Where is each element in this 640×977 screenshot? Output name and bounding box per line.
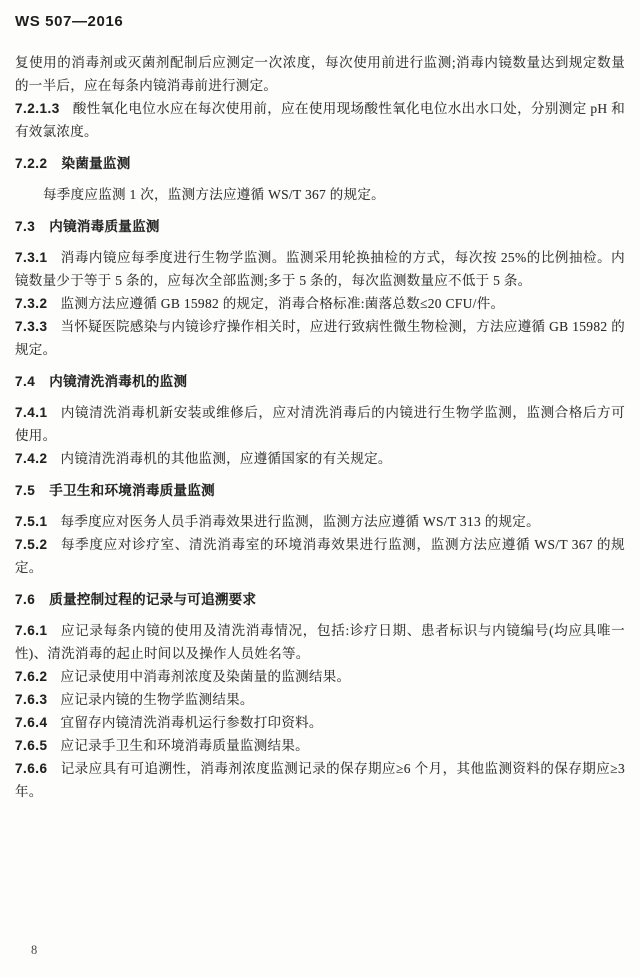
paragraph-text: 酸性氧化电位水应在每次使用前，应在使用现场酸性氧化电位水出水口处，分别测定 pH…	[15, 101, 625, 139]
standard-number-header: WS 507—2016	[15, 13, 625, 30]
paragraph: 7.4.1内镜清洗消毒机新安装或维修后，应对清洗消毒后的内镜进行生物学监测，监测…	[15, 401, 625, 447]
paragraph: 7.3.1消毒内镜应每季度进行生物学监测。监测采用轮换抽检的方式，每次按 25%…	[15, 246, 625, 292]
paragraph: 7.6.4宜留存内镜清洗消毒机运行参数打印资料。	[15, 711, 625, 734]
clause-number: 7.3.2	[15, 296, 48, 311]
page-number: 8	[31, 943, 37, 958]
paragraph-text: 消毒内镜应每季度进行生物学监测。监测采用轮换抽检的方式，每次按 25%的比例抽检…	[15, 250, 625, 288]
paragraph: 7.3.3当怀疑医院感染与内镜诊疗操作相关时，应进行致病性微生物检测，方法应遵循…	[15, 315, 625, 361]
paragraph-text: 当怀疑医院感染与内镜诊疗操作相关时，应进行致病性微生物检测，方法应遵循 GB 1…	[15, 319, 625, 357]
clause-number: 7.5	[15, 483, 35, 498]
section-heading: 7.4内镜清洗消毒机的监测	[15, 370, 625, 393]
section-heading: 7.2.2染菌量监测	[15, 152, 625, 175]
clause-number: 7.6.3	[15, 692, 48, 707]
paragraph: 7.5.2每季度应对诊疗室、清洗消毒室的环境消毒效果进行监测，监测方法应遵循 W…	[15, 533, 625, 579]
clause-number: 7.3	[15, 219, 35, 234]
paragraph: 7.6.1应记录每条内镜的使用及清洗消毒情况，包括:诊疗日期、患者标识与内镜编号…	[15, 619, 625, 665]
paragraph-text: 每季度应监测 1 次，监测方法应遵循 WS/T 367 的规定。	[43, 187, 385, 202]
clause-number: 7.3.1	[15, 250, 48, 265]
paragraph-text: 监测方法应遵循 GB 15982 的规定，消毒合格标准:菌落总数≤20 CFU/…	[61, 296, 505, 311]
clause-number: 7.4.1	[15, 405, 48, 420]
clause-number: 7.5.1	[15, 514, 48, 529]
paragraph-text: 应记录手卫生和环境消毒质量监测结果。	[61, 738, 309, 753]
paragraph: 7.3.2监测方法应遵循 GB 15982 的规定，消毒合格标准:菌落总数≤20…	[15, 292, 625, 315]
clause-number: 7.4	[15, 374, 35, 389]
paragraph-text: 质量控制过程的记录与可追溯要求	[49, 592, 256, 607]
paragraph-text: 宜留存内镜清洗消毒机运行参数打印资料。	[61, 715, 323, 730]
document-page: WS 507—2016 复使用的消毒剂或灭菌剂配制后应测定一次浓度，每次使用前进…	[0, 0, 640, 977]
clause-number: 7.5.2	[15, 537, 48, 552]
clause-number: 7.6.1	[15, 623, 48, 638]
paragraph-text: 应记录使用中消毒剂浓度及染菌量的监测结果。	[61, 669, 351, 684]
paragraph: 7.4.2内镜清洗消毒机的其他监测，应遵循国家的有关规定。	[15, 447, 625, 470]
paragraph: 每季度应监测 1 次，监测方法应遵循 WS/T 367 的规定。	[15, 183, 625, 206]
clause-number: 7.2.1.3	[15, 101, 60, 116]
paragraph-text: 手卫生和环境消毒质量监测	[49, 483, 215, 498]
clause-number: 7.3.3	[15, 319, 48, 334]
paragraph-text: 应记录每条内镜的使用及清洗消毒情况，包括:诊疗日期、患者标识与内镜编号(均应具唯…	[15, 623, 625, 661]
paragraph: 7.6.3应记录内镜的生物学监测结果。	[15, 688, 625, 711]
paragraph: 7.6.5应记录手卫生和环境消毒质量监测结果。	[15, 734, 625, 757]
clause-number: 7.6.6	[15, 761, 48, 776]
section-heading: 7.6质量控制过程的记录与可追溯要求	[15, 588, 625, 611]
paragraph-text: 内镜清洗消毒机的监测	[49, 374, 187, 389]
section-heading: 7.5手卫生和环境消毒质量监测	[15, 479, 625, 502]
clause-number: 7.6.2	[15, 669, 48, 684]
paragraph-text: 内镜清洗消毒机的其他监测，应遵循国家的有关规定。	[61, 451, 392, 466]
paragraph: 复使用的消毒剂或灭菌剂配制后应测定一次浓度，每次使用前进行监测;消毒内镜数量达到…	[15, 51, 625, 97]
paragraph: 7.6.2应记录使用中消毒剂浓度及染菌量的监测结果。	[15, 665, 625, 688]
paragraph-text: 内镜消毒质量监测	[49, 219, 159, 234]
paragraph-text: 应记录内镜的生物学监测结果。	[61, 692, 254, 707]
paragraph-text: 染菌量监测	[62, 156, 131, 171]
paragraph-text: 每季度应对诊疗室、清洗消毒室的环境消毒效果进行监测，监测方法应遵循 WS/T 3…	[15, 537, 625, 575]
document-content: 复使用的消毒剂或灭菌剂配制后应测定一次浓度，每次使用前进行监测;消毒内镜数量达到…	[15, 51, 625, 803]
paragraph-text: 复使用的消毒剂或灭菌剂配制后应测定一次浓度，每次使用前进行监测;消毒内镜数量达到…	[15, 55, 625, 93]
clause-number: 7.4.2	[15, 451, 48, 466]
paragraph-text: 内镜清洗消毒机新安装或维修后，应对清洗消毒后的内镜进行生物学监测，监测合格后方可…	[15, 405, 625, 443]
clause-number: 7.6.5	[15, 738, 48, 753]
paragraph-text: 每季度应对医务人员手消毒效果进行监测，监测方法应遵循 WS/T 313 的规定。	[61, 514, 540, 529]
paragraph-text: 记录应具有可追溯性，消毒剂浓度监测记录的保存期应≥6 个月，其他监测资料的保存期…	[15, 761, 625, 799]
section-heading: 7.3内镜消毒质量监测	[15, 215, 625, 238]
paragraph: 7.6.6记录应具有可追溯性，消毒剂浓度监测记录的保存期应≥6 个月，其他监测资…	[15, 757, 625, 803]
clause-number: 7.6.4	[15, 715, 48, 730]
paragraph: 7.5.1每季度应对医务人员手消毒效果进行监测，监测方法应遵循 WS/T 313…	[15, 510, 625, 533]
clause-number: 7.2.2	[15, 156, 48, 171]
paragraph: 7.2.1.3酸性氧化电位水应在每次使用前，应在使用现场酸性氧化电位水出水口处，…	[15, 97, 625, 143]
clause-number: 7.6	[15, 592, 35, 607]
